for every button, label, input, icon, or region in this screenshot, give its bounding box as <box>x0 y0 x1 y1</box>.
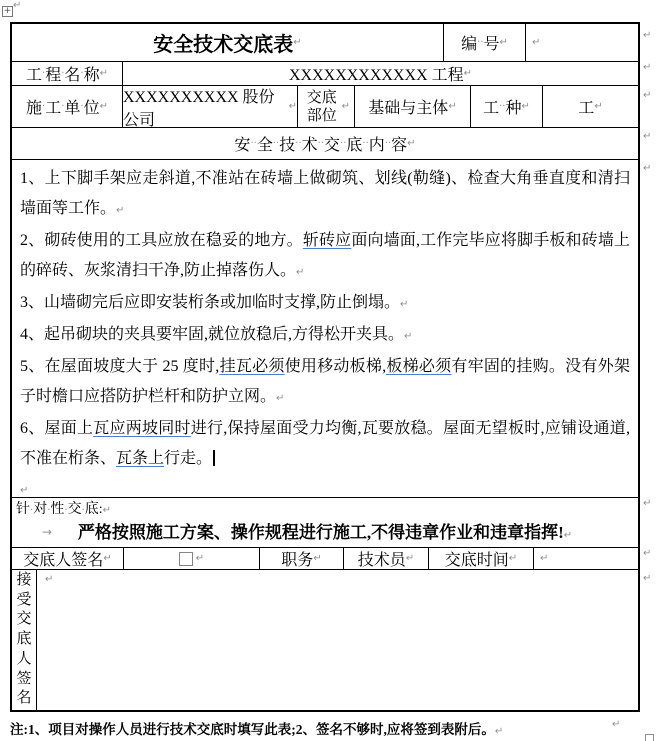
space-mark: · <box>298 138 301 149</box>
targeted-label: 针·对·性·交·底:↵ <box>12 498 638 519</box>
content-header-cell: 安··全··技··术··交··底··内··容↵ <box>12 128 638 159</box>
end-of-cell-mark: ↵ <box>406 553 414 564</box>
content-text: 6、屋面上 <box>20 420 93 437</box>
space-mark: · <box>47 505 50 516</box>
space-mark: · <box>254 138 257 149</box>
end-of-cell-mark: ↵ <box>500 37 508 48</box>
end-of-cell-mark: ↵ <box>342 98 350 116</box>
end-of-row-mark: ↵ <box>643 62 651 73</box>
contractor-label-cell: 施·工·单·位↵ <box>12 86 123 127</box>
content-paragraph: 1、上下脚手架应走斜道,不准站在砖墙上做砌筑、划线(勒缝)、检查大角垂直度和清扫… <box>20 164 630 226</box>
space-mark: · <box>388 138 391 149</box>
end-of-row-mark: ↵ <box>643 30 651 41</box>
end-of-cell-mark: ↵ <box>564 530 572 541</box>
content-text: 3、山墙砌完后应即安装桁条或加临时支撑,防止倒塌。 <box>20 294 400 311</box>
footnote: 注:1、项目对操作人员进行技术交底时填写此表;2、签名不够时,应将签到表附后。↵ <box>10 718 503 738</box>
content-text: 4、起吊砌块的夹具要牢固,就位放稳后,方得松开夹具。 <box>20 326 404 343</box>
end-of-cell-mark: ↵ <box>532 37 540 48</box>
space-mark: · <box>366 138 369 149</box>
end-of-cell-mark: ↵ <box>289 101 297 112</box>
space-mark: · <box>82 505 85 516</box>
content-text: 5、在屋面坡度大于 25 度时, <box>20 358 219 375</box>
tab-mark: → <box>42 525 52 539</box>
content-text: 行走。 <box>164 450 212 467</box>
content-text: ↵ <box>400 294 408 311</box>
row-targeted: 针·对·性·交·底:↵ → 严格按照施工方案、操作规程进行施工,不得违章作业和违… <box>12 498 638 548</box>
end-of-cell-mark: ↵ <box>540 553 548 564</box>
end-of-cell-mark: ↵ <box>522 101 530 112</box>
end-of-row-mark: ↵ <box>643 90 651 101</box>
end-of-cell-mark: ↵ <box>407 138 415 149</box>
content-paragraph: ↵ <box>20 474 630 497</box>
disclosure-part-value-cell[interactable]: 基础与主体↵ <box>355 86 471 127</box>
content-text: ↵ <box>276 388 284 405</box>
end-of-cell-mark: ↵ <box>612 719 620 730</box>
end-of-cell-mark: ↵ <box>643 573 651 584</box>
end-of-cell-mark: ↵ <box>100 101 108 112</box>
receiver-signature-area[interactable]: ↵ <box>37 570 638 710</box>
content-paragraph: 3、山墙砌完后应即安装桁条或加临时支撑,防止倒塌。↵ <box>20 288 630 320</box>
end-of-cell-mark: ↵ <box>594 101 602 112</box>
row-receiver: 接受交底人签名 ↵ <box>12 570 638 710</box>
move-crosshair-icon: + <box>4 7 12 16</box>
project-label-cell: 工·程·名·称↵ <box>12 62 123 85</box>
safety-disclosure-form-table: 安全技术交底表↵ 编··号↵ ↵ 工·程·名·称↵ XXXXXXXXXXXX 工… <box>10 22 640 712</box>
page-root: { "page": { "handle_plus": "+", "marks":… <box>0 0 657 741</box>
row-content: 1、上下脚手架应走斜道,不准站在砖墙上做砌筑、划线(勒缝)、检查大角垂直度和清扫… <box>12 160 638 498</box>
space-mark: · <box>276 138 279 149</box>
end-of-cell-mark: ↵ <box>13 0 21 11</box>
work-type-label-cell: 工··种↵ <box>471 86 543 127</box>
content-text: ↵ <box>404 326 412 343</box>
content-paragraph: 4、起吊砌块的夹具要牢固,就位放稳后,方得松开夹具。↵ <box>20 320 630 352</box>
end-of-cell-mark: ↵ <box>293 37 301 48</box>
space-mark: · <box>80 68 83 79</box>
project-value-cell[interactable]: XXXXXXXXXXXX 工程↵ <box>123 62 638 85</box>
end-of-row-mark: ↵ <box>643 131 651 142</box>
space-mark: · <box>30 505 33 516</box>
row-contractor: 施·工·单·位↵ XXXXXXXXXX 股份公司↵ 交底部位↵ 基础与主体↵ 工… <box>12 86 638 128</box>
disclosure-part-label-cell: 交底部位↵ <box>298 86 355 127</box>
end-of-cell-mark: ↵ <box>296 267 304 278</box>
grammar-underlined-text: 斩砖应 <box>303 232 351 249</box>
end-of-cell-mark: ↵ <box>404 331 412 342</box>
row-title: 安全技术交底表↵ 编··号↵ ↵ <box>12 24 638 62</box>
serial-label-cell: 编··号↵ <box>444 24 526 61</box>
receiver-label-cell: 接受交底人签名 <box>12 570 37 710</box>
grammar-underlined-text: 瓦应两坡同时 <box>93 420 191 437</box>
end-of-cell-mark: ↵ <box>103 505 111 516</box>
position-value-cell[interactable]: 技术员↵ <box>344 548 429 569</box>
end-of-row-mark: ↵ <box>643 498 651 509</box>
table-move-handle[interactable]: + <box>2 6 13 17</box>
content-paragraph: 5、在屋面坡度大于 25 度时,挂瓦必须使用移动板梯,板梯必须有牢固的挂购。没有… <box>20 352 630 414</box>
content-text: ↵ <box>20 480 28 497</box>
end-of-cell-mark: ↵ <box>495 726 503 737</box>
space-mark: · <box>42 68 45 79</box>
end-of-row-mark: ↵ <box>612 719 620 730</box>
end-of-row-mark: ↵ <box>643 548 651 559</box>
space-mark: · <box>42 101 45 112</box>
end-of-cell-mark: ↵ <box>276 393 284 404</box>
end-of-cell-mark: ↵ <box>400 299 408 310</box>
signer-value-cell[interactable]: ↵ <box>124 548 260 569</box>
end-of-cell-mark: ↵ <box>643 548 651 559</box>
position-label-cell: 职务↵ <box>260 548 344 569</box>
space-mark: · <box>480 37 483 48</box>
space-mark: · <box>321 138 324 149</box>
time-label-cell: 交底时间↵ <box>429 548 534 569</box>
signer-label-cell: 交底人签名↵ <box>12 548 124 569</box>
content-text: ↵ <box>296 262 304 279</box>
content-text: 2、砌砖使用的工具应放在稳妥的地方。 <box>20 232 303 249</box>
end-of-cell-mark: ↵ <box>116 205 124 216</box>
content-paragraph: 6、屋面上瓦应两坡同时进行,保持屋面受力均衡,瓦要放稳。屋面无望板时,应铺设通道… <box>20 414 630 474</box>
end-of-cell-mark: ↵ <box>196 553 204 564</box>
space-mark: · <box>343 138 346 149</box>
targeted-statement: 严格按照施工方案、操作规程进行施工,不得违章作业和违章指挥!↵ <box>12 519 638 547</box>
end-of-cell-mark: ↵ <box>464 68 472 79</box>
end-of-cell-mark: ↵ <box>643 498 651 509</box>
content-text: 使用移动板梯, <box>285 358 387 375</box>
content-text: ↵ <box>116 200 124 217</box>
content-cell[interactable]: 1、上下脚手架应走斜道,不准站在砖墙上做砌筑、划线(勒缝)、检查大角垂直度和清扫… <box>12 160 638 497</box>
time-value-cell[interactable]: ↵ <box>534 548 638 569</box>
work-type-value-cell[interactable]: 工↵ <box>543 86 638 127</box>
serial-value-cell[interactable]: ↵ <box>526 24 638 61</box>
form-title: 安全技术交底表↵ <box>12 24 444 61</box>
contractor-value-cell[interactable]: XXXXXXXXXX 股份公司↵ <box>123 86 298 127</box>
space-mark: · <box>61 101 64 112</box>
space-mark: · <box>64 505 67 516</box>
content-text: 1、上下脚手架应走斜道,不准站在砖墙上做砌筑、划线(勒缝)、检查大角垂直度和清扫… <box>20 170 630 217</box>
content-paragraph: 2、砌砖使用的工具应放在稳妥的地方。斩砖应面向墙面,工作完毕应将脚手板和砖墙上的… <box>20 226 630 288</box>
end-of-cell-mark: ↵ <box>643 90 651 101</box>
space-mark: · <box>61 68 64 79</box>
row-signer: 交底人签名↵ ↵ 职务↵ 技术员↵ 交底时间↵ ↵ <box>12 548 638 570</box>
end-of-cell-mark: ↵ <box>643 30 651 41</box>
targeted-disclosure-cell[interactable]: 针·对·性·交·底:↵ → 严格按照施工方案、操作规程进行施工,不得违章作业和违… <box>12 498 638 547</box>
end-of-cell-mark: ↵ <box>313 553 321 564</box>
end-of-cell-mark: ↵ <box>643 163 651 174</box>
end-of-row-mark: ↵ <box>643 573 651 584</box>
row-project: 工·程·名·称↵ XXXXXXXXXXXX 工程↵ <box>12 62 638 86</box>
end-of-cell-mark: ↵ <box>448 101 456 112</box>
empty-box-mark <box>179 552 193 566</box>
space-mark: · <box>502 101 505 112</box>
row-content-header: 安··全··技··术··交··底··内··容↵ <box>12 128 638 160</box>
grammar-underlined-text: 板梯必须 <box>386 358 451 375</box>
end-of-cell-mark: ↵ <box>643 131 651 142</box>
end-of-cell-mark: ↵ <box>103 553 111 564</box>
grammar-underlined-text: 瓦条上 <box>116 450 164 467</box>
end-of-cell-mark: ↵ <box>643 62 651 73</box>
clipped-paragraph-box-mark <box>645 734 654 741</box>
paragraph-mark: ↵ <box>13 0 21 11</box>
end-of-cell-mark: ↵ <box>20 485 28 496</box>
text-cursor <box>213 450 215 466</box>
end-of-cell-mark: ↵ <box>509 553 517 564</box>
end-of-cell-mark: ↵ <box>100 68 108 79</box>
end-of-cell-mark: ↵ <box>45 574 53 585</box>
grammar-underlined-text: 挂瓦必须 <box>219 358 284 375</box>
end-of-row-mark: ↵ <box>643 163 651 174</box>
space-mark: · <box>80 101 83 112</box>
